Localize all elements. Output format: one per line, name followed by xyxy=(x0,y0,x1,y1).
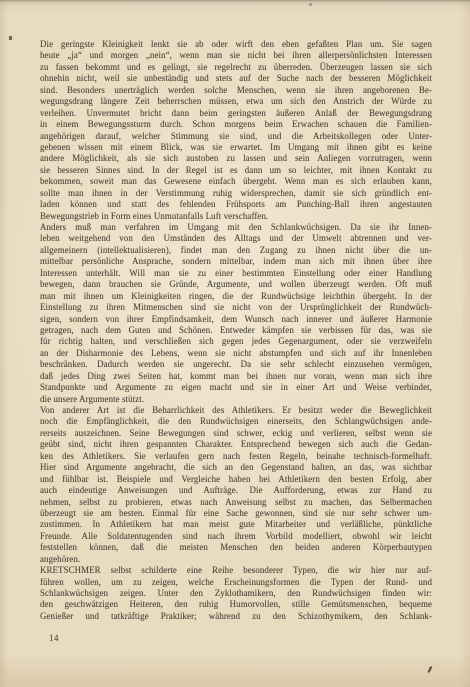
text-line: bewegen, dann brauchen sie Gründe, Argum… xyxy=(40,279,432,290)
text-line: ohnehin nicht, weil sie unbeständig und … xyxy=(40,73,432,84)
text-line: KRETSCHMER selbst schilderte eine Reihe … xyxy=(40,565,432,576)
page-number: 14 xyxy=(49,633,59,644)
ink-speck-left-margin xyxy=(9,36,12,40)
text-line: geübt sind, nicht ihren gespannten Chara… xyxy=(40,439,432,450)
text-line: überzeugt sie am besten. Einmal für eine… xyxy=(40,508,432,519)
text-line: getragen, nach dem Guten und Schönen. En… xyxy=(40,325,432,336)
text-line: führen wollen, um zu zeigen, welche Ersc… xyxy=(40,577,432,588)
text-line: Schlankwüchsigen zeigen. Unter den Zyklo… xyxy=(40,588,432,599)
paragraph: Von anderer Art ist die Beharrlichkeit d… xyxy=(40,405,432,565)
text-line: Von anderer Art ist die Beharrlichkeit d… xyxy=(40,405,432,416)
text-line: sie besseren Sinnes sind. In der Regel i… xyxy=(40,165,432,176)
text-line: Genießer und tatkräftige Praktiker; währ… xyxy=(40,611,432,622)
paper-fleck-top xyxy=(309,3,312,6)
text-line: an der Disharmonie des Lebens, wenn sie … xyxy=(40,348,432,359)
text-line: Hier sind Argumente angebracht, die sich… xyxy=(40,462,432,473)
ink-fleck-bottom-right xyxy=(428,666,433,673)
text-line: sigen, sondern von ihrer Empfindsamkeit,… xyxy=(40,314,432,325)
text-line: mittelbar persönliche Ansprache, sondern… xyxy=(40,256,432,267)
text-line: andere Möglichkeit, als sie sich austobe… xyxy=(40,153,432,164)
text-line: beschränken. Dadurch werden sie ungerech… xyxy=(40,359,432,370)
text-line: wegungsdrang längere Zeit beherrschen mü… xyxy=(40,96,432,107)
text-line: Standpunkte und Argumente zu eigen macht… xyxy=(40,382,432,393)
text-line: gebenen wissen mit einem Blick, was sie … xyxy=(40,142,432,153)
text-line: angehören. xyxy=(40,554,432,565)
text-line: sollte man ihnen in der Verstimmung ruhi… xyxy=(40,188,432,199)
text-line: die unsere Argumente stützt. xyxy=(40,394,432,405)
text-line: für richtig halten, und verschließen sic… xyxy=(40,336,432,347)
text-line: rerseits auszeichnen. Seine Bewegungen s… xyxy=(40,428,432,439)
text-line: Bewegungstrieb in Form eines Unmutanfall… xyxy=(40,211,432,222)
text-line: allgemeinern (intellektualisieren), find… xyxy=(40,245,432,256)
paragraph: Die geringste Kleinigkeit lenkt sie ab o… xyxy=(40,39,432,222)
text-line: Einstellung zu ihren Mitmenschen sind si… xyxy=(40,302,432,313)
text-line: bekommen, soweit man das Gewesene einfac… xyxy=(40,176,432,187)
text-line: zu fassen bekommt und es gelingt, sie re… xyxy=(40,62,432,73)
paragraph: Anders muß man verfahren im Umgang mit d… xyxy=(40,222,432,405)
text-line: Die geringste Kleinigkeit lenkt sie ab o… xyxy=(40,39,432,50)
text-line: zustimmen. In Athletikern hat man meist … xyxy=(40,519,432,530)
text-line: Freunde. Alle Soldatentugenden sind nach… xyxy=(40,531,432,542)
text-line: nehmen, selbst zu probieren, etwas nach … xyxy=(40,497,432,508)
text-block: Die geringste Kleinigkeit lenkt sie ab o… xyxy=(40,39,432,622)
text-line: in einem Bewegungssturm durch. Schon mor… xyxy=(40,119,432,130)
text-line: angehörigen darauf, welcher Stimmung sie… xyxy=(40,131,432,142)
book-page: Die geringste Kleinigkeit lenkt sie ab o… xyxy=(0,0,470,687)
text-line: heute „ja“ und morgen „nein“, wenn man s… xyxy=(40,50,432,61)
text-line: noch die Empfänglichkeit, die den Rundwü… xyxy=(40,416,432,427)
text-line: ken des Athletikers. Sie verlaufen gern … xyxy=(40,451,432,462)
text-line: Interessen unterhält. Will man sie zu ei… xyxy=(40,268,432,279)
text-line: feststellen können, daß die meisten Mens… xyxy=(40,542,432,553)
text-line: sind. Besonders unerträglich werden solc… xyxy=(40,85,432,96)
text-line: und fühlbar ist. Beispiele und Vergleich… xyxy=(40,474,432,485)
text-line: man mit ihnen um Kleinigkeiten ringen, d… xyxy=(40,291,432,302)
text-line: auch eindeutige Anweisungen und Aufträge… xyxy=(40,485,432,496)
text-line: daß jedes Ding zwei Seiten hat, kommt ma… xyxy=(40,371,432,382)
paragraph: KRETSCHMER selbst schilderte eine Reihe … xyxy=(40,565,432,622)
text-line: Anders muß man verfahren im Umgang mit d… xyxy=(40,222,432,233)
text-line: den geschwätzigen Heiteren, den ruhig Hu… xyxy=(40,599,432,610)
text-line: verleihen. Unvermutet bricht dann beim g… xyxy=(40,108,432,119)
text-line: laden können und statt des fehlenden Frü… xyxy=(40,199,432,210)
text-line: leben weitgehend von den Umständen des A… xyxy=(40,233,432,244)
